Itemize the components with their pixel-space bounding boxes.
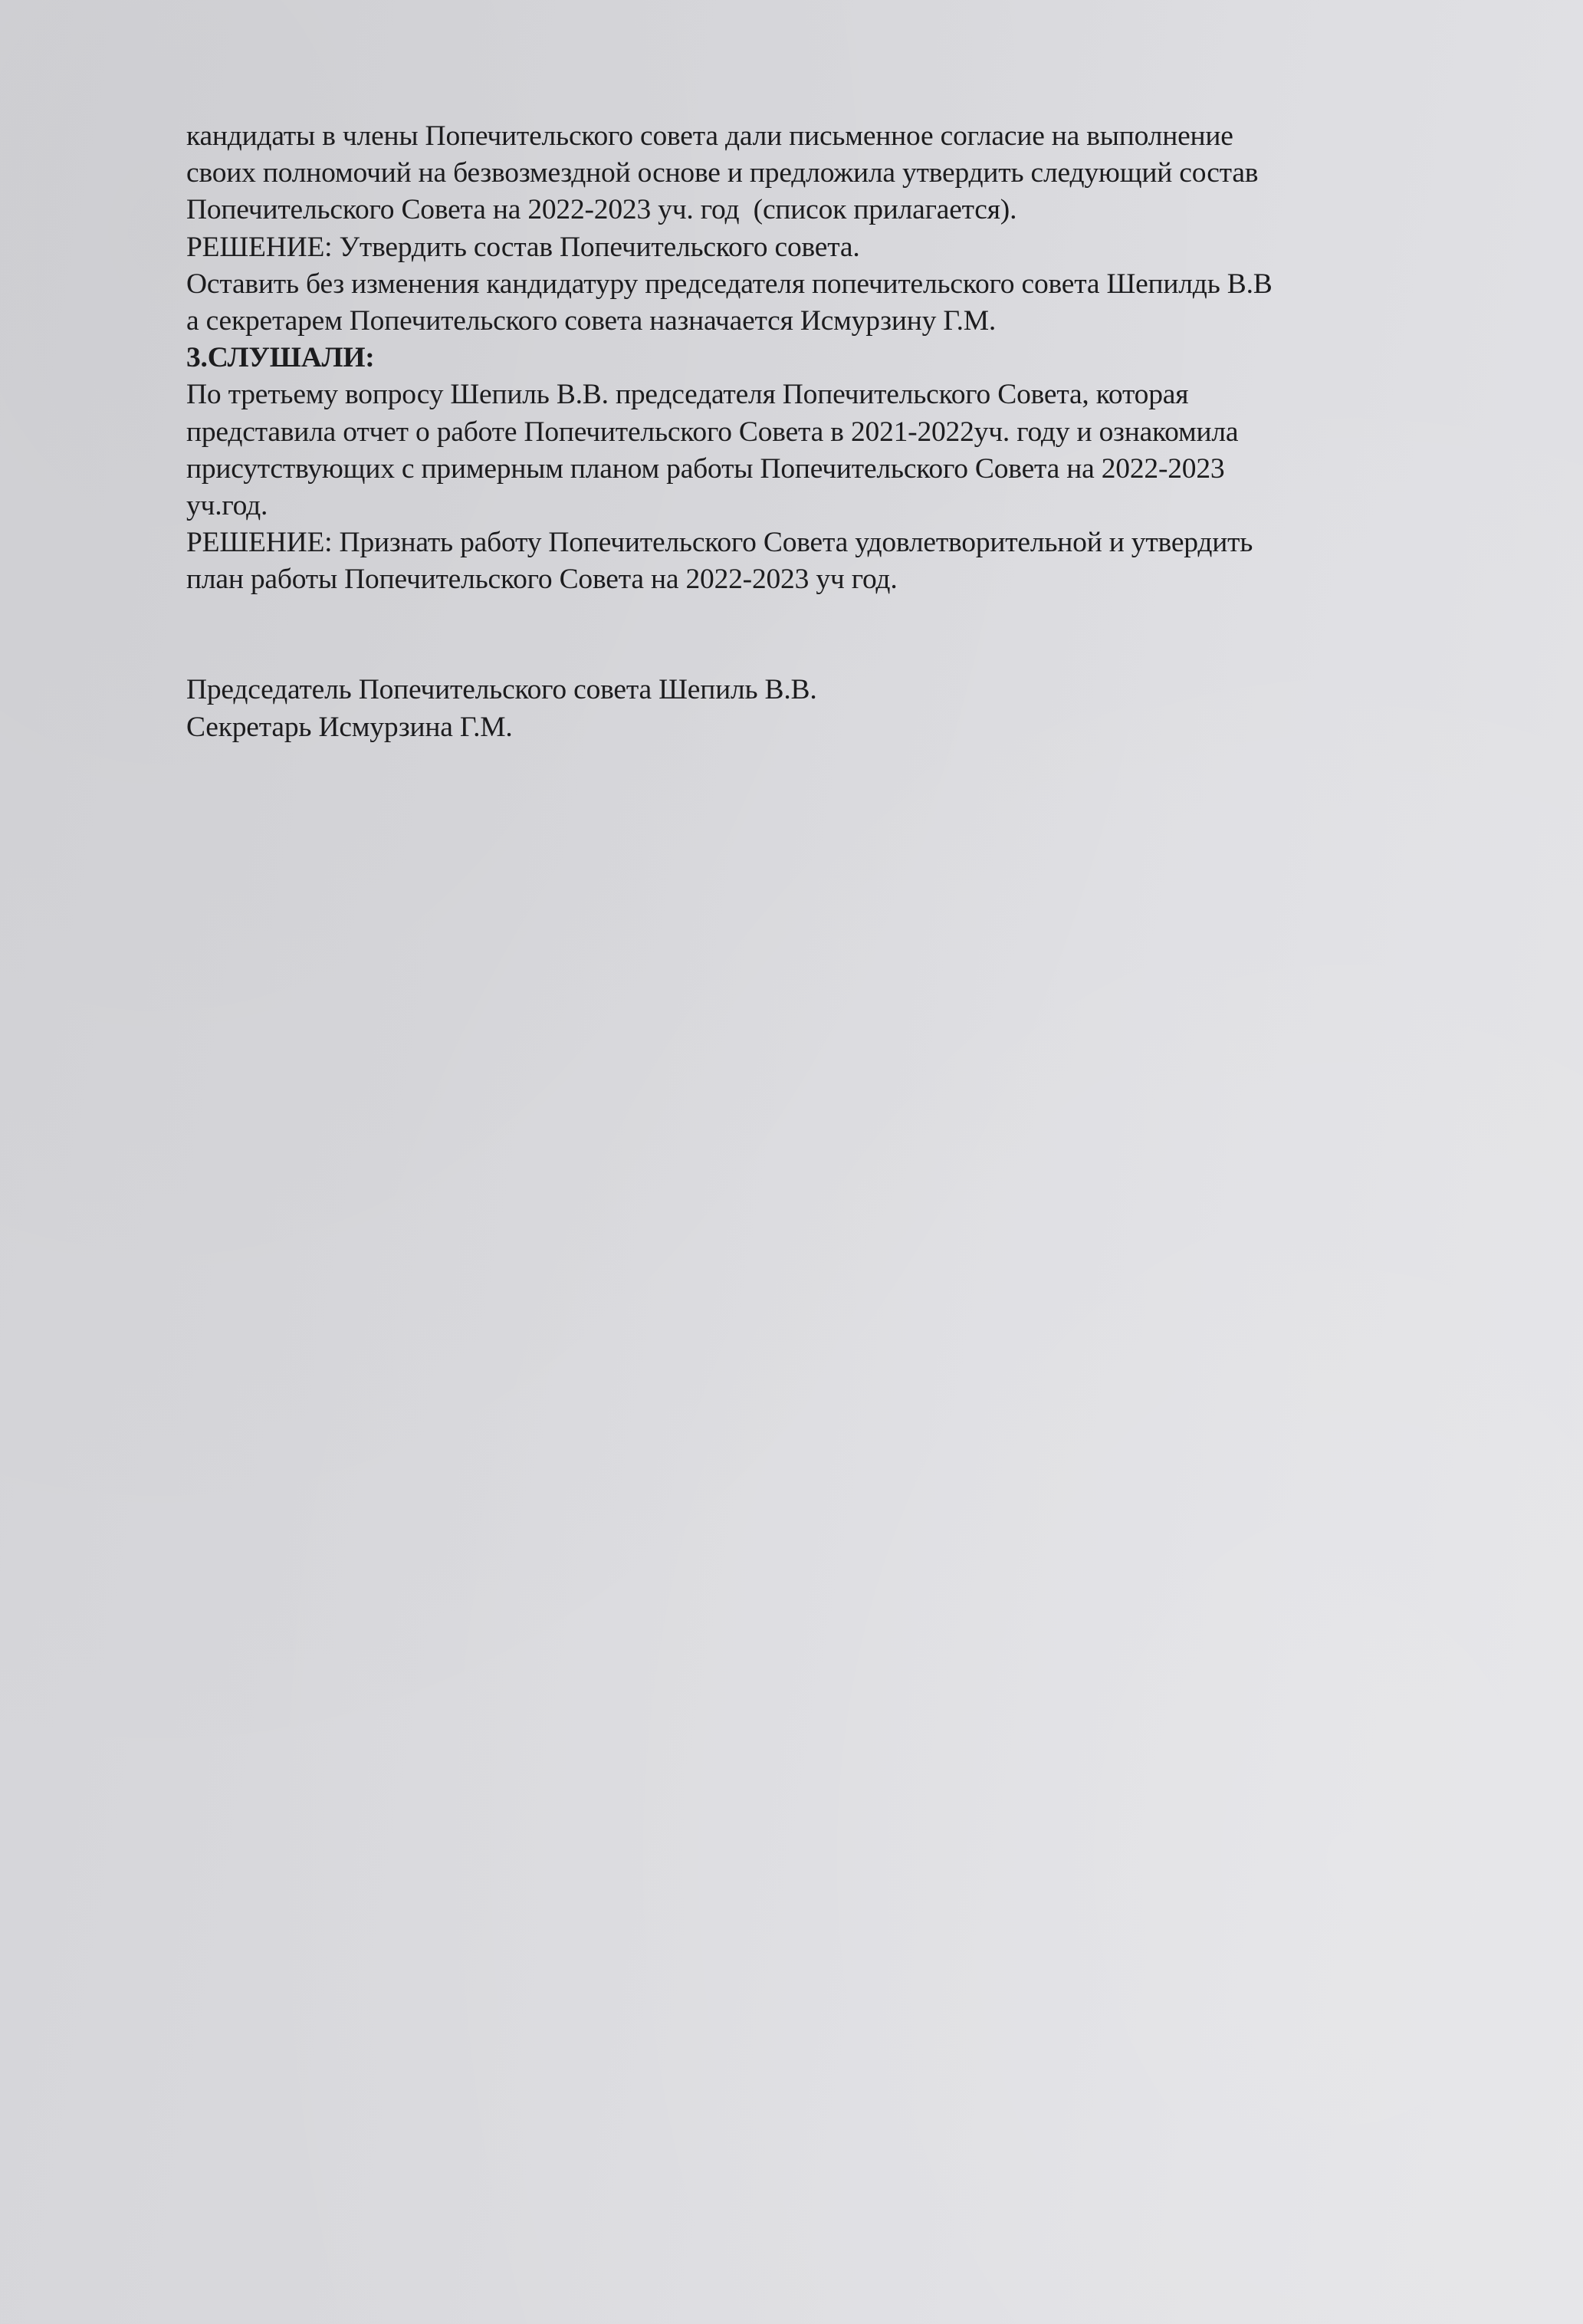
text-line: По третьему вопросу Шепиль В.В. председа…: [186, 376, 1505, 413]
text-line: своих полномочий на безвозмездной основе…: [186, 155, 1505, 192]
decision-2: РЕШЕНИЕ: Утвердить состав Попечительског…: [186, 229, 1505, 266]
text-line: уч.год.: [186, 488, 1505, 524]
decision-3: РЕШЕНИЕ: Признать работу Попечительского…: [186, 524, 1505, 561]
text-line: кандидаты в члены Попечительского совета…: [186, 118, 1505, 155]
signature-secretary: Секретарь Исмурзина Г.М.: [186, 709, 1505, 746]
decision-3: план работы Попечительского Совета на 20…: [186, 561, 1505, 598]
text-line: Попечительского Совета на 2022-2023 уч. …: [186, 192, 1505, 228]
blank-line: [186, 598, 1505, 672]
section-3-heading: 3.СЛУШАЛИ:: [186, 340, 1505, 376]
text-line: Оставить без изменения кандидатуру предс…: [186, 266, 1505, 303]
text-line: а секретарем Попечительского совета назн…: [186, 303, 1505, 340]
document-body: кандидаты в члены Попечительского совета…: [186, 118, 1505, 746]
text-line: представила отчет о работе Попечительско…: [186, 414, 1505, 451]
signature-chair: Председатель Попечительского совета Шепи…: [186, 672, 1505, 708]
text-line: присутствующих с примерным планом работы…: [186, 451, 1505, 488]
